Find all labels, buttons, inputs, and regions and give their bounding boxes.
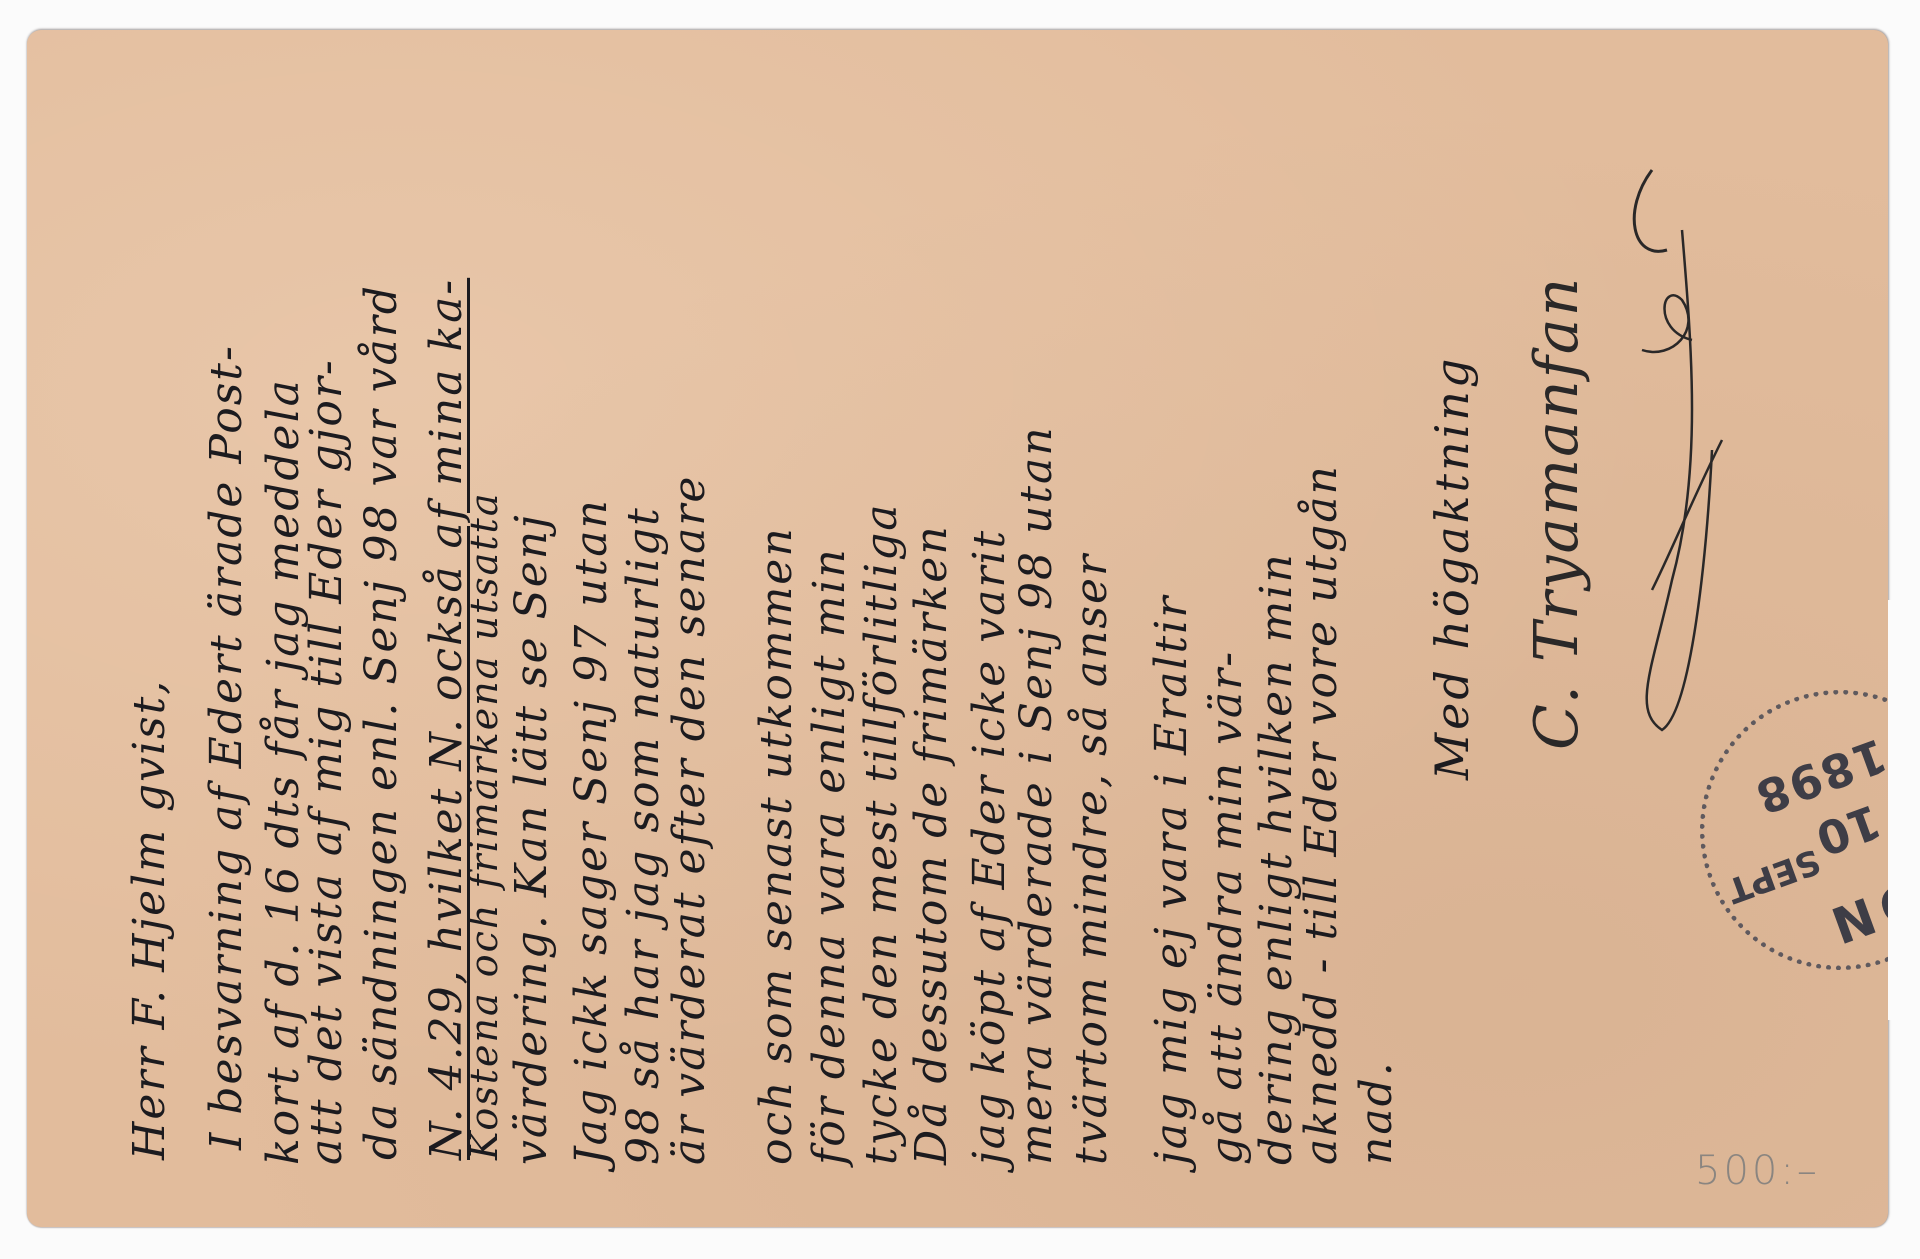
handwritten-line: Då dessutom de frimärken: [910, 524, 954, 1165]
closing-text: Med högaktning: [1425, 356, 1479, 780]
handwritten-line: Jag ickk sager Senj 97 utan: [570, 498, 614, 1165]
handwritten-line: tvärtom mindre, så anser: [1070, 553, 1114, 1165]
signature: C. Tryamanfan: [1522, 276, 1592, 750]
handwritten-line: jag mig ej vara i Eraltir: [1150, 595, 1194, 1165]
signature-flourish: [1612, 150, 1732, 750]
handwritten-line: aknedd - till Eder vore utgån: [1300, 464, 1344, 1165]
handwritten-line: I besvarning af Edert ärade Post-: [205, 344, 249, 1150]
pencil-price-note: 500:–: [1695, 1148, 1820, 1194]
handwritten-line: Herr F. Hjelm gvist,: [128, 679, 172, 1160]
card-edge-mask: [1888, 600, 1920, 1020]
handwritten-line: Kostena och frimärkena utsatta: [465, 492, 503, 1160]
handwritten-line: jag köpt af Eder icke varit: [968, 529, 1012, 1165]
handwritten-line: 98 så har jag som naturligt: [622, 506, 666, 1165]
handwritten-line: kort af d. 16 dts får jag meddela: [262, 378, 306, 1165]
handwritten-line: mera värderade i Senj 98 utan: [1015, 425, 1059, 1165]
handwritten-line: gå att ändra min vär-: [1205, 650, 1249, 1165]
handwritten-line: värdering. Kan lätt se Senj: [510, 513, 554, 1165]
postcard: Herr F. Hjelm gvist, I besvarning af Ede…: [27, 30, 1888, 1227]
handwritten-line: för denna vara enligt min: [808, 547, 852, 1165]
handwritten-line: är värderat efter den senare: [668, 475, 712, 1165]
handwritten-line: nad.: [1355, 1060, 1399, 1165]
handwritten-line: att det vista af mig till Eder gjor-: [305, 358, 349, 1165]
handwritten-line: tycke den mest tillförlitliga: [860, 503, 904, 1165]
handwritten-line: da sändningen enl. Senj 98 var vård: [360, 284, 404, 1160]
handwritten-line: och som senast utkommen: [755, 526, 799, 1165]
handwritten-line: dering enligt hvilken min: [1255, 552, 1299, 1165]
